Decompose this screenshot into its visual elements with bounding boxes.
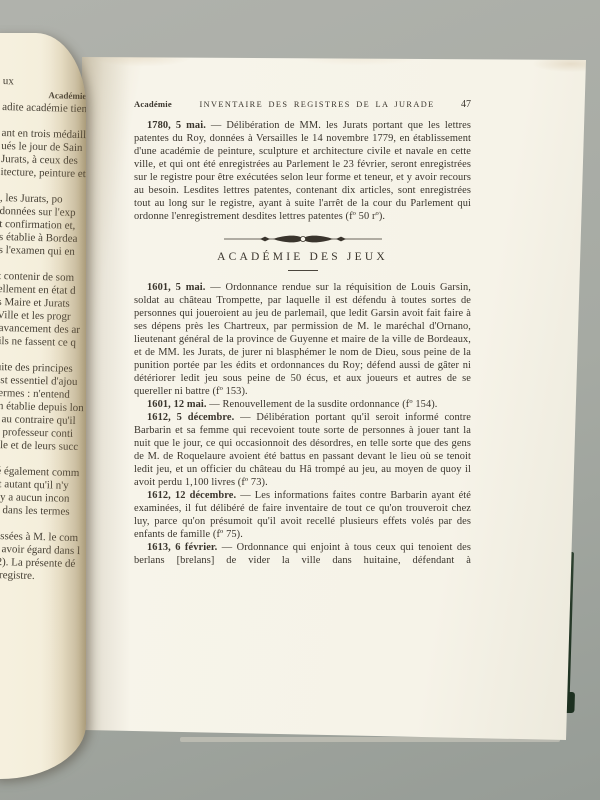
paragraph: 1601, 5 mai. — Ordonnance rendue sur la … <box>134 281 471 398</box>
entry-date: 1612, 5 décembre. <box>147 412 234 423</box>
page-content: Académie INVENTAIRE DES REGISTRES DE LA … <box>134 99 471 567</box>
paragraph: 1613, 6 février. — Ordonnance qui enjoin… <box>134 541 471 567</box>
entry-date: 1601, 5 mai. <box>147 282 205 293</box>
left-page-line: itecture, peinture et <box>0 166 86 183</box>
book-photo: Académie INVENTAIRE DES REGISTRES DE LA … <box>0 0 600 800</box>
main-page: Académie INVENTAIRE DES REGISTRES DE LA … <box>82 57 586 740</box>
section-entries: 1601, 5 mai. — Ordonnance rendue sur la … <box>134 281 471 567</box>
header-page-number: 47 <box>435 99 471 110</box>
running-header: Académie INVENTAIRE DES REGISTRES DE LA … <box>134 99 471 110</box>
entry-date: 1780, 5 mai. <box>147 120 206 131</box>
left-page-line: adite académie tien <box>2 101 86 118</box>
intro-paragraphs: 1780, 5 mai. — Délibération de MM. les J… <box>134 119 471 223</box>
paragraph: 1601, 12 mai. — Renouvellement de la sus… <box>134 398 471 411</box>
entry-date: 1613, 6 février. <box>147 542 217 553</box>
paragraph: 1612, 5 décembre. — Délibération portant… <box>134 411 471 489</box>
gutter-shadow <box>82 57 130 740</box>
left-page-line: ts dans les termes <box>0 504 86 521</box>
entry-date: 1612, 12 décembre. <box>147 490 236 501</box>
left-page-line: u registre. <box>0 569 86 586</box>
section-divider <box>134 233 471 245</box>
section-divider-ornament <box>224 233 382 245</box>
entry-date: 1601, 12 mai. <box>147 399 207 410</box>
paragraph: 1612, 12 décembre. — Les informations fa… <box>134 489 471 541</box>
left-page-text: uxAcadémieadite académie tienant en troi… <box>0 75 86 586</box>
header-section-label: Académie <box>134 99 199 109</box>
header-title: INVENTAIRE DES REGISTRES DE LA JURADE <box>199 100 434 109</box>
paragraph: 1780, 5 mai. — Délibération de MM. les J… <box>134 119 471 223</box>
left-page: uxAcadémieadite académie tienant en troi… <box>0 33 86 779</box>
left-page-line: s l'examen qui en <box>0 244 86 261</box>
left-page-line: 'ils ne fassent ce q <box>0 335 86 352</box>
section-title: ACADÉMIE DES JEUX <box>134 251 471 263</box>
left-page-line: ille et de leurs succ <box>0 439 86 456</box>
section-title-rule <box>288 270 318 271</box>
